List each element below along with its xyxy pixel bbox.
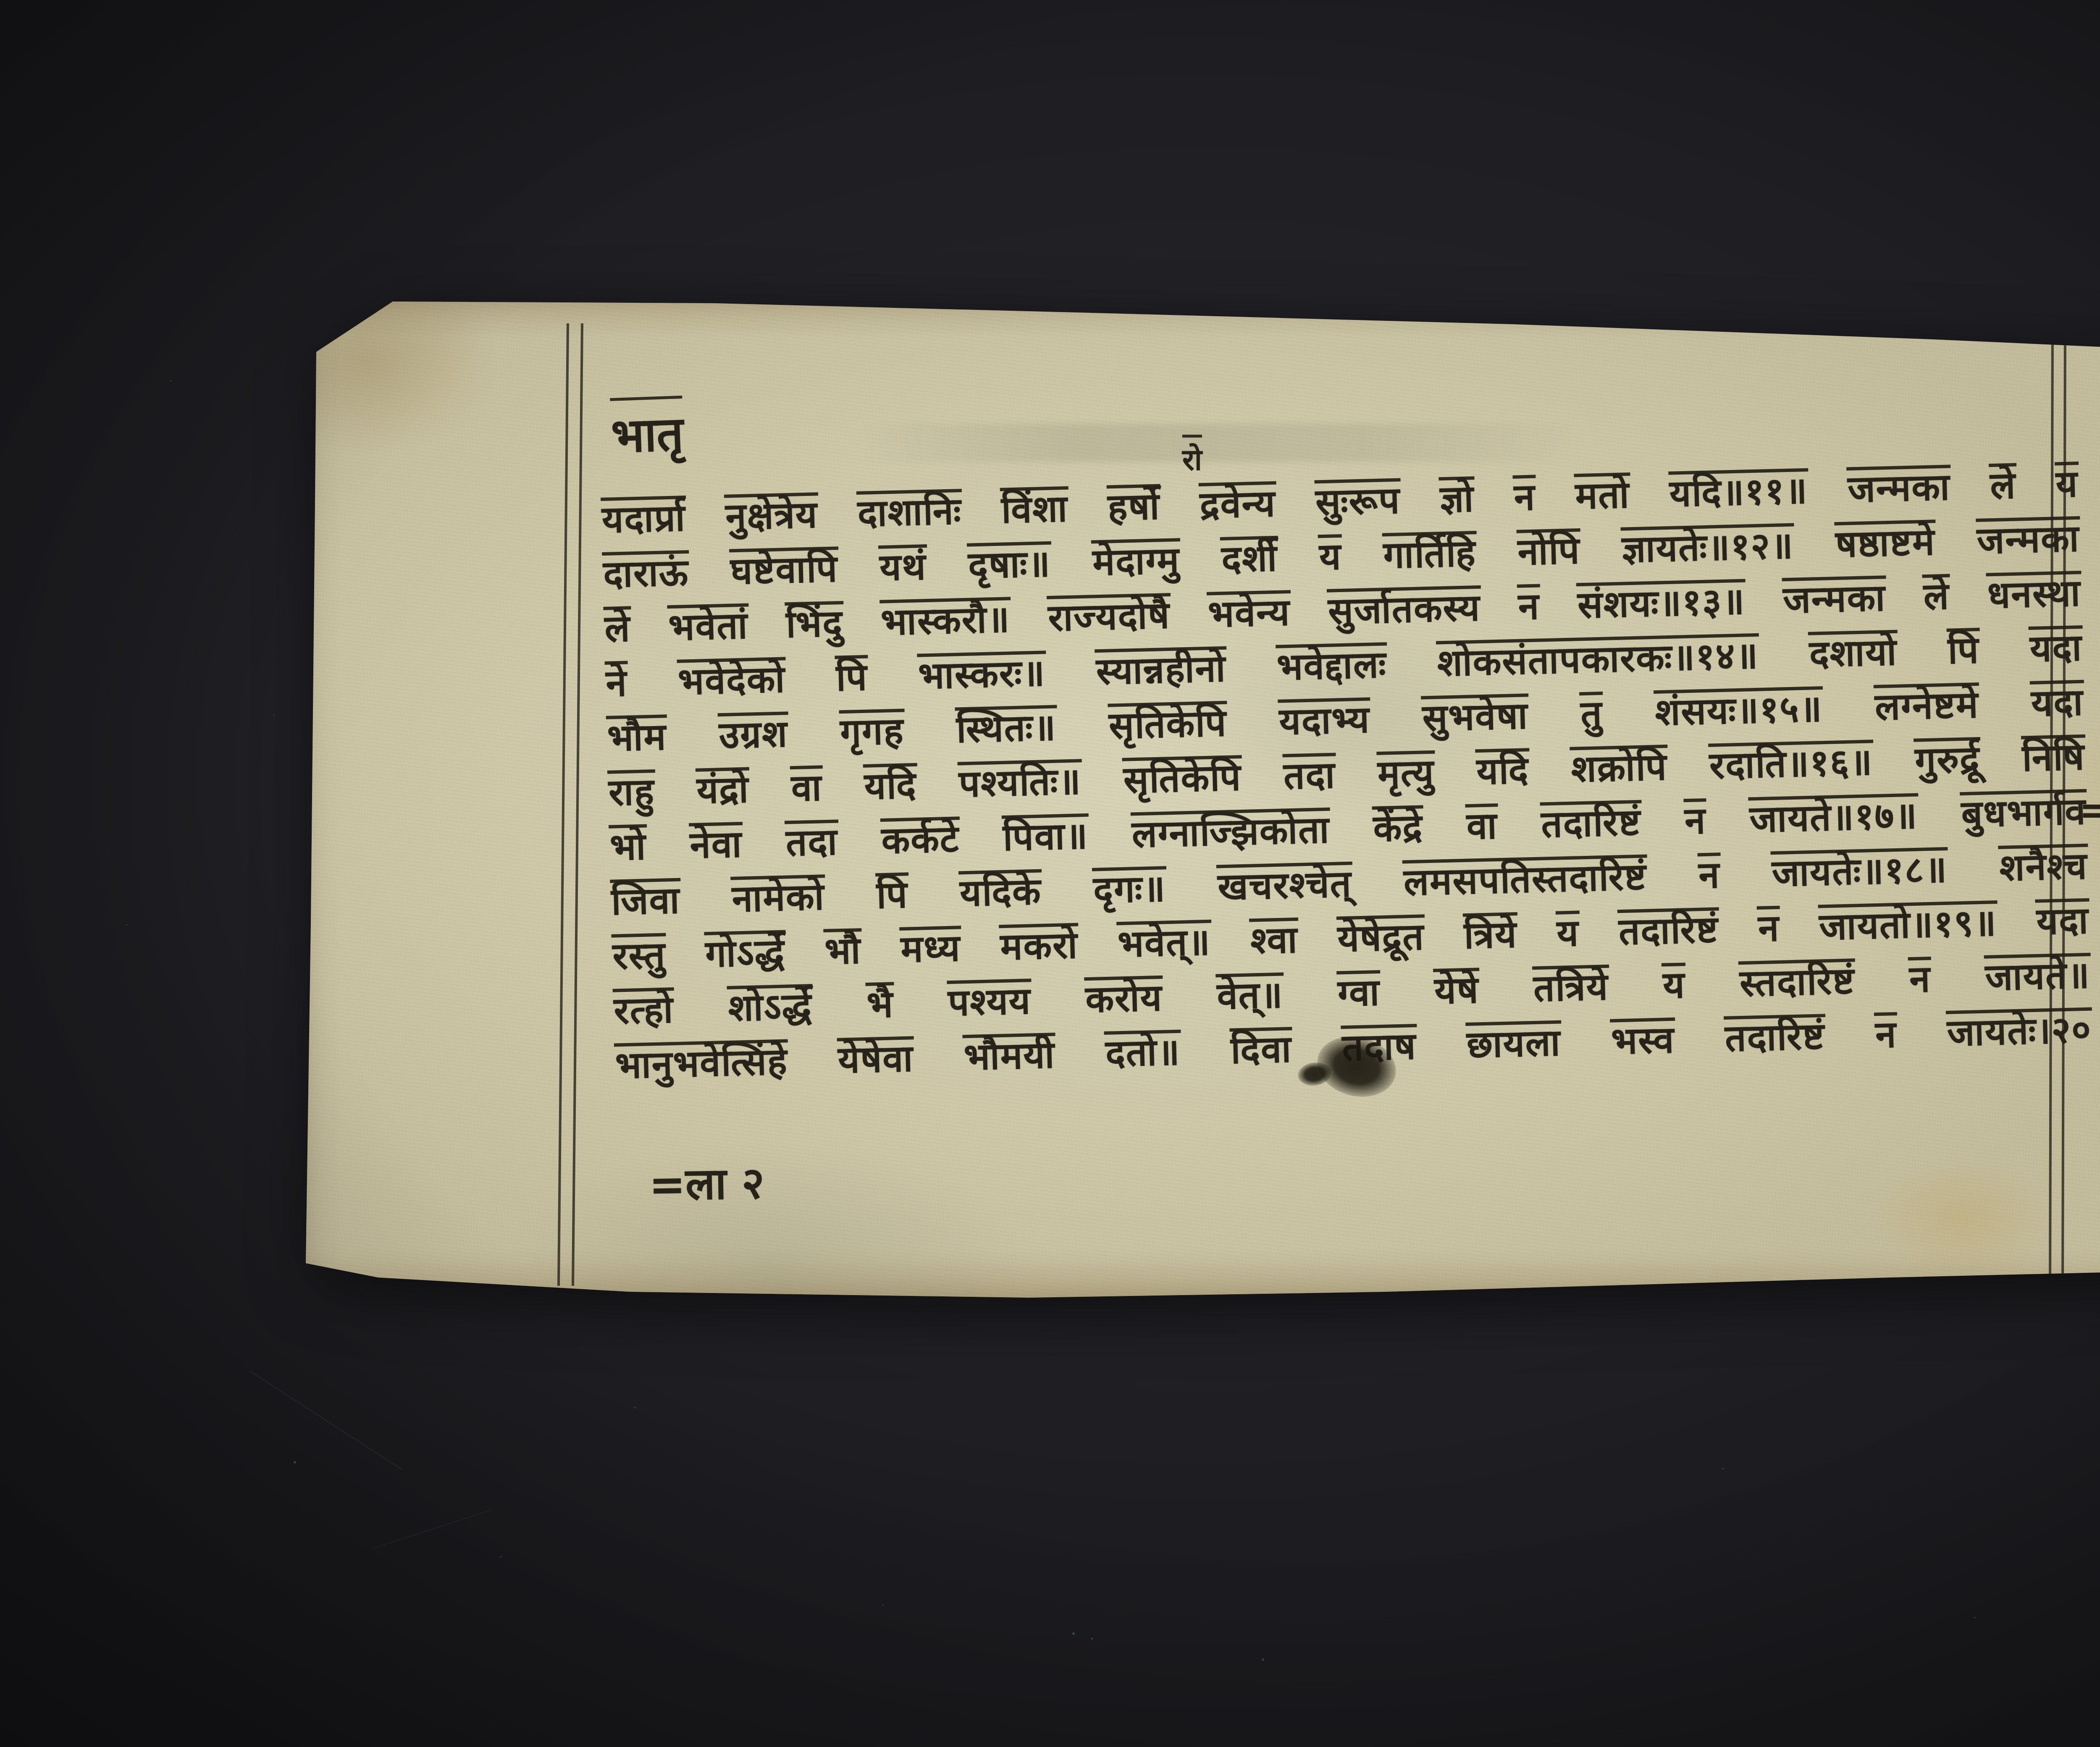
word: राज्यदोषै <box>1047 593 1171 636</box>
word: न <box>1513 475 1537 515</box>
word: तदारिष्टं <box>1617 907 1720 949</box>
word: पश्यतिः॥ <box>958 759 1083 802</box>
word: गुरुर्द्रू <box>1914 737 1981 778</box>
word: पश्यय <box>947 978 1032 1020</box>
word: यदा <box>2035 898 2090 939</box>
interlinear-correction: रो <box>1182 435 1202 479</box>
word: शंसयः॥१५॥ <box>1654 686 1824 730</box>
word: य <box>1555 910 1580 951</box>
word: ले <box>603 606 632 646</box>
word: ज्ञायतेः॥१२॥ <box>1620 523 1795 567</box>
word: नोपि <box>1517 528 1582 569</box>
word: तदा <box>1282 753 1337 794</box>
word: धनस्था <box>1986 571 2082 613</box>
word: त्रिये <box>1463 912 1519 953</box>
word: यदा <box>2029 625 2084 666</box>
word: दिवा <box>1229 1027 1293 1068</box>
word: गोऽर्द्धे <box>704 930 786 972</box>
left-margin-rule-inner <box>572 323 583 1286</box>
word: यदार्प्रा <box>601 496 687 538</box>
word: बुधभार्गव <box>1960 789 2088 832</box>
word: भवेतां <box>667 603 749 645</box>
word: रदाति॥१६॥ <box>1708 740 1874 783</box>
word: लग्नाज्झिकोता <box>1131 808 1331 852</box>
word: तु <box>1579 692 1604 732</box>
word: येषेवा <box>837 1036 915 1078</box>
word: तदारिष्टं <box>1724 1014 1826 1056</box>
word: जन्मका <box>1976 516 2081 559</box>
word: राहु <box>607 769 656 810</box>
word: भानुभवेत्सिंहे <box>614 1039 789 1083</box>
word: ले <box>1989 463 2017 504</box>
word: न <box>1874 1012 1898 1052</box>
word: ग्वा <box>1336 970 1381 1011</box>
word: ज्ञो <box>1439 476 1475 517</box>
word: सृतिकेपि <box>1122 755 1243 798</box>
word: शोऽर्द्धे <box>727 984 814 1026</box>
word: वेत्॥ <box>1215 973 1284 1014</box>
word: खचरश्चेत् <box>1216 862 1353 905</box>
word: मकरो <box>999 923 1079 965</box>
word: ले <box>1922 574 1951 614</box>
word: जायतेः॥१८॥ <box>1771 847 1949 891</box>
word: तत्रिये <box>1532 965 1610 1006</box>
word: येषे <box>1433 968 1480 1008</box>
word: पि <box>835 655 869 695</box>
word: सुःरूप <box>1314 478 1402 520</box>
manuscript-folio-wrapper: भातृ रो यदार्प्रानुक्षेत्रेयदाशानिःविंशा… <box>0 0 2100 1747</box>
word: भवेत्॥ <box>1116 920 1212 962</box>
word: गृगह <box>839 708 905 750</box>
word: दृषाः॥ <box>967 541 1052 583</box>
word: यदि <box>863 763 918 804</box>
word: द्रवेन्य <box>1199 481 1277 523</box>
word: मध्य <box>899 926 962 967</box>
word: लग्नेष्टमे <box>1874 682 1980 725</box>
word: रस्तु <box>611 933 667 974</box>
word: भास्करः॥ <box>917 651 1047 693</box>
manuscript-text-block: यदार्प्रानुक्षेत्रेयदाशानिःविंशाहर्षोद्र… <box>601 461 2100 1098</box>
word: यंद्रो <box>696 767 751 808</box>
word: भवेन्य <box>1207 590 1291 632</box>
word: निषि <box>2021 734 2087 776</box>
word: छायला <box>1465 1020 1562 1062</box>
word: मेदाग्मु <box>1091 538 1181 580</box>
word: भवेद्दालः <box>1276 642 1388 685</box>
manuscript-folio: भातृ रो यदार्प्रानुक्षेत्रेयदाशानिःविंशा… <box>304 299 2100 1298</box>
word: श्वा <box>1249 918 1299 958</box>
word: येषेद्रूत <box>1336 914 1425 956</box>
word: कर्कटे <box>880 816 961 858</box>
word: न <box>1757 906 1781 946</box>
word: स्थितः॥ <box>955 705 1058 747</box>
word: भास्करौ॥ <box>879 597 1011 640</box>
word: भस्व <box>1610 1018 1676 1059</box>
interlinear-text: रो <box>1182 435 1202 479</box>
word: नामेको <box>731 874 826 916</box>
folio-number-text: =ॽ ५ <box>2079 788 2100 832</box>
word: भवेदेको <box>677 657 787 699</box>
word: सृतिकेपि <box>1108 701 1228 744</box>
word: पि <box>875 872 909 913</box>
word: जन्मका <box>1846 464 1952 507</box>
word: जिवा <box>610 878 681 920</box>
word: जायते॥१७॥ <box>1748 793 1919 837</box>
word: जायतेः।२० <box>1946 1007 2093 1051</box>
word: यदि <box>1475 748 1530 789</box>
word: तदा <box>785 819 839 860</box>
word: यदा <box>2030 680 2085 721</box>
word: दशायो <box>1808 630 1898 672</box>
word: लमसपतिस्तदारिष्टं <box>1402 854 1648 900</box>
word: स्तदारिष्टं <box>1738 958 1856 1001</box>
word: य <box>1662 963 1686 1003</box>
word: मृत्यु <box>1376 750 1436 792</box>
word: भै <box>865 982 895 1022</box>
word: हर्षो <box>1106 484 1161 525</box>
word: न <box>1908 957 1932 997</box>
word: पिवा॥ <box>1002 813 1089 855</box>
word: य <box>1318 534 1343 574</box>
word: शक्रोपि <box>1570 745 1668 787</box>
word: करोय <box>1084 976 1164 1017</box>
word: दर्शी <box>1220 536 1279 577</box>
word: नेवा <box>689 822 744 863</box>
word: मतो <box>1574 472 1631 514</box>
word: सुभवेषा <box>1421 693 1529 736</box>
word: वा <box>1465 803 1499 844</box>
word: भौमयी <box>963 1033 1056 1075</box>
word: ने <box>605 661 629 701</box>
word: यदि॥११॥ <box>1668 468 1809 512</box>
word: शोकसंतापकारकः॥१४॥ <box>1436 633 1760 681</box>
word: दाराऊं <box>602 550 690 592</box>
word: विंशा <box>1000 486 1069 528</box>
word: केंद्रे <box>1372 805 1425 846</box>
word: भिंदु <box>785 601 844 642</box>
word: स्यान्नहीनो <box>1095 646 1228 689</box>
word: संशयः॥१३॥ <box>1576 579 1746 622</box>
left-margin-rule-outer <box>557 323 569 1286</box>
word: जायते॥ <box>1984 953 2092 995</box>
photograph-background: भातृ रो यदार्प्रानुक्षेत्रेयदाशानिःविंशा… <box>0 0 2100 1747</box>
margin-note-top-left: भातृ <box>610 396 684 466</box>
word: दाशानिः <box>856 489 963 531</box>
word: यदाभ्य <box>1278 697 1371 739</box>
word: न <box>1697 853 1721 893</box>
word: यथं <box>878 544 928 585</box>
word: भो <box>609 824 648 865</box>
word: जन्मका <box>1782 575 1887 618</box>
word: षष्ठाष्टमे <box>1834 519 1937 561</box>
word: शनैश्च <box>1998 844 2089 886</box>
word: उग्रश <box>718 711 789 753</box>
word: य <box>2055 462 2079 502</box>
word: यदिके <box>958 869 1042 911</box>
word: पि <box>1946 628 1980 668</box>
word: गार्तिहि <box>1382 531 1477 573</box>
word: दतो॥ <box>1104 1030 1182 1071</box>
word: न <box>1683 798 1707 839</box>
word: वा <box>790 765 824 805</box>
word: तदारिष्टं <box>1540 800 1642 842</box>
folio-number-note: =ॽ ५ <box>2079 783 2100 834</box>
word: सुर्जातकस्य <box>1327 585 1482 629</box>
word: दृगः॥ <box>1092 866 1167 908</box>
word: न <box>1517 584 1541 624</box>
word: रत्हो <box>613 987 675 1028</box>
margin-note-bottom-left: =ला २ <box>648 1152 765 1213</box>
word: भौम <box>606 714 668 755</box>
margin-note-text: भातृ <box>610 396 684 466</box>
bottom-note-text: =ला २ <box>648 1157 765 1211</box>
word: नुक्षेत्रेय <box>724 492 819 534</box>
word: भौ <box>823 928 862 969</box>
word: जायतो॥१९॥ <box>1818 900 1998 944</box>
ink-offset-smudge <box>861 424 1575 462</box>
word: घष्टेवापि <box>729 546 839 589</box>
